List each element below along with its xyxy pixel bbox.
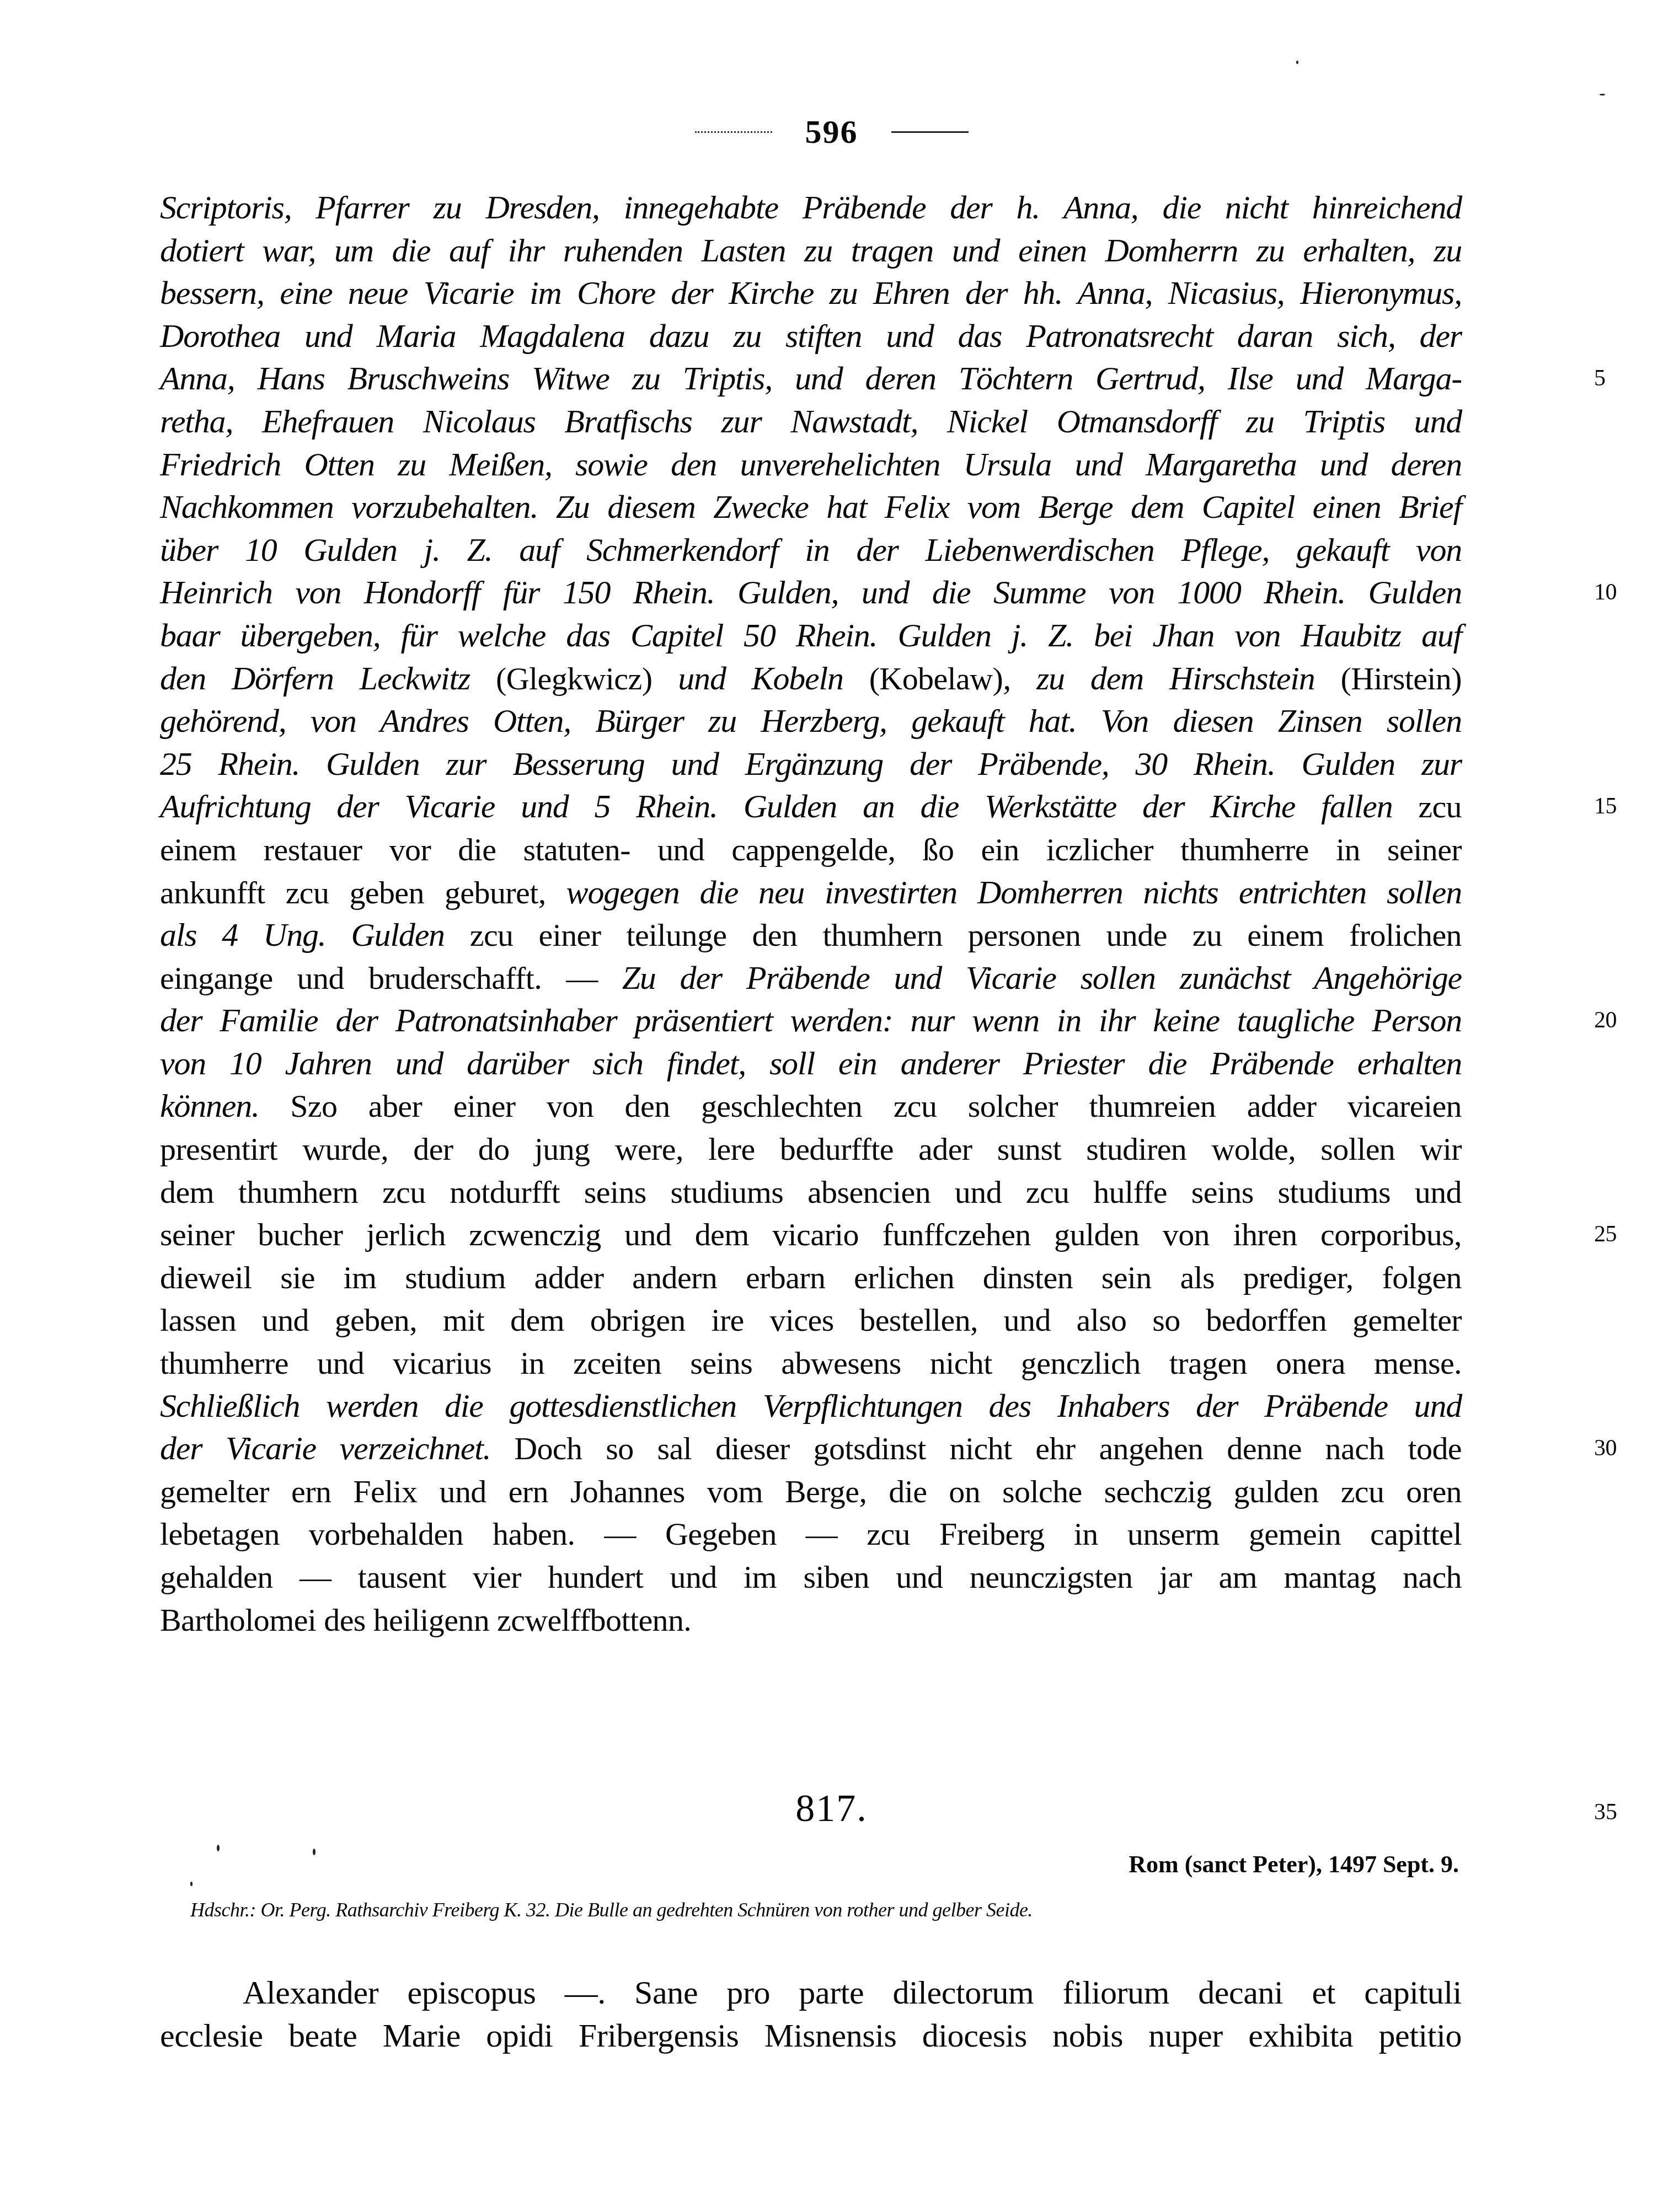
text-line: ankunfft zcu geben geburet, wogegen die … [160, 871, 1462, 914]
quoted-source-text: eingange und bruderschafft. — [160, 960, 622, 996]
quoted-source-text: presentirt wurde, der do jung were, lere… [160, 1131, 1462, 1167]
document-place-date: Rom (sanct Peter), 1497 Sept. 9. [1129, 1850, 1459, 1878]
regest-text: Nachkommen vorzubehalten. Zu diesem Zwec… [160, 489, 1462, 525]
document-number: 817. [0, 1787, 1663, 1831]
text-line: eingange und bruderschafft. — Zu der Prä… [160, 957, 1462, 1000]
line-number: 30 [1594, 1427, 1638, 1470]
regest-text: bessern, eine neue Vicarie im Chore der … [160, 275, 1462, 311]
quoted-source-text: dieweil sie im studium adder andern erba… [160, 1260, 1462, 1295]
body-text: Scriptoris, Pfarrer zu Dresden, innegeha… [160, 186, 1462, 1641]
regest-text: und Kobeln [652, 660, 869, 697]
text-line: thumherre und vicarius in zceiten seins … [160, 1342, 1462, 1385]
text-line: seiner bucher jerlich zcwenczig und dem … [160, 1213, 1462, 1256]
page-number: 596 [805, 113, 858, 151]
regest-text: Anna, Hans Bruschweins Witwe zu Triptis,… [160, 360, 1462, 397]
quoted-source-text: Szo aber einer von den geschlechten zcu … [290, 1088, 1462, 1124]
header-rule-left [695, 131, 772, 133]
regest-text: den Dörfern Leckwitz [160, 660, 496, 697]
quoted-source-text: seiner bucher jerlich zcwenczig und dem … [160, 1217, 1462, 1252]
source-note: Hdschr.: Or. Perg. Rathsarchiv Freiberg … [190, 1898, 1459, 1921]
text-line: ecclesie beate Marie opidi Fribergensis … [160, 2015, 1462, 2058]
scan-speck [313, 1849, 316, 1855]
text-line: lebetagen vorbehalden haben. — Gegeben —… [160, 1513, 1462, 1556]
document-text: Alexander episcopus —. Sane pro parte di… [160, 1972, 1462, 2057]
quoted-source-text: ankunfft zcu geben geburet, [160, 875, 566, 910]
regest-text: der Familie der Patronatsinhaber präsent… [160, 1002, 1462, 1038]
regest-text: Dorothea und Maria Magdalena dazu zu sti… [160, 318, 1462, 354]
text-line: Aufrichtung der Vicarie und 5 Rhein. Gul… [160, 785, 1462, 828]
scan-speck [1296, 61, 1298, 64]
scan-speck [217, 1845, 220, 1851]
quoted-source-text: gehalden — tausent vier hundert und im s… [160, 1559, 1462, 1595]
regest-text: , zu dem Hirschstein [1003, 660, 1340, 697]
quoted-source-text: thumherre und vicarius in zceiten seins … [160, 1345, 1462, 1381]
quoted-source-text: dem thumhern zcu notdurfft seins studium… [160, 1174, 1462, 1210]
regest-text: baar übergeben, für welche das Capitel 5… [160, 617, 1462, 654]
text-line: Anna, Hans Bruschweins Witwe zu Triptis,… [160, 357, 1462, 400]
text-line: dotiert war, um die auf ihr ruhenden Las… [160, 229, 1462, 272]
text-line: bessern, eine neue Vicarie im Chore der … [160, 272, 1462, 315]
quoted-source-text: zcu [1418, 789, 1462, 824]
regest-text: Schließlich werden die gottesdienstliche… [160, 1388, 1462, 1424]
text-line: über 10 Gulden j. Z. auf Schmerkendorf i… [160, 529, 1462, 572]
line-number: 5 [1594, 357, 1638, 400]
quoted-source-text: (Kobelaw) [869, 661, 1003, 697]
regest-text: Zu der Präbende und Vicarie sollen zunäc… [622, 960, 1462, 996]
regest-text: der Vicarie verzeichnet. [160, 1430, 514, 1466]
regest-text: 25 Rhein. Gulden zur Besserung und Ergän… [160, 746, 1462, 782]
line-number: 10 [1594, 571, 1638, 614]
text-line: retha, Ehefrauen Nicolaus Bratfischs zur… [160, 400, 1462, 443]
text-line: lassen und geben, mit dem obrigen ire vi… [160, 1299, 1462, 1342]
line-number: 25 [1594, 1213, 1638, 1256]
scan-speck [1600, 94, 1605, 95]
text-line: presentirt wurde, der do jung were, lere… [160, 1128, 1462, 1171]
scan-speck [190, 1882, 192, 1886]
regest-text: Scriptoris, Pfarrer zu Dresden, innegeha… [160, 189, 1462, 226]
quoted-source-text: (Hirstein) [1341, 661, 1462, 697]
text-line: Dorothea und Maria Magdalena dazu zu sti… [160, 315, 1462, 358]
regest-text: Aufrichtung der Vicarie und 5 Rhein. Gul… [160, 788, 1418, 824]
line-number: 35 [1594, 1799, 1638, 1825]
text-line: von 10 Jahren und darüber sich findet, s… [160, 1042, 1462, 1085]
text-line: den Dörfern Leckwitz (Glegkwicz) und Kob… [160, 657, 1462, 700]
quoted-source-text: einem restauer vor die statuten- und cap… [160, 832, 1462, 867]
quoted-source-text: zcu einer teilunge den thumhern personen… [470, 917, 1462, 953]
regest-text: dotiert war, um die auf ihr ruhenden Las… [160, 232, 1462, 269]
text-line: Friedrich Otten zu Meißen, sowie den unv… [160, 443, 1462, 486]
regest-text: Friedrich Otten zu Meißen, sowie den unv… [160, 446, 1462, 483]
quoted-source-text: lebetagen vorbehalden haben. — Gegeben —… [160, 1516, 1462, 1552]
text-line: können. Szo aber einer von den geschlech… [160, 1085, 1462, 1128]
text-line: als 4 Ung. Gulden zcu einer teilunge den… [160, 914, 1462, 957]
text-line: Heinrich von Hondorff für 150 Rhein. Gul… [160, 571, 1462, 614]
text-line: dem thumhern zcu notdurfft seins studium… [160, 1171, 1462, 1214]
regest-text: von 10 Jahren und darüber sich findet, s… [160, 1045, 1462, 1081]
text-line: Nachkommen vorzubehalten. Zu diesem Zwec… [160, 486, 1462, 529]
text-line: gehörend, von Andres Otten, Bürger zu He… [160, 700, 1462, 743]
quoted-source-text: Doch so sal dieser gotsdinst nicht ehr a… [514, 1431, 1462, 1466]
text-line: Scriptoris, Pfarrer zu Dresden, innegeha… [160, 186, 1462, 229]
text-line: Alexander episcopus —. Sane pro parte di… [160, 1972, 1462, 2015]
text-line: baar übergeben, für welche das Capitel 5… [160, 614, 1462, 657]
regest-text: wogegen die neu investirten Domherren ni… [566, 874, 1462, 910]
text-line: Schließlich werden die gottesdienstliche… [160, 1385, 1462, 1428]
header-rule-right [891, 131, 969, 133]
line-number: 15 [1594, 785, 1638, 828]
text-line: der Vicarie verzeichnet. Doch so sal die… [160, 1427, 1462, 1470]
text-line: Bartholomei des heiligenn zcwelffbottenn… [160, 1599, 1462, 1642]
text-line: dieweil sie im studium adder andern erba… [160, 1256, 1462, 1299]
quoted-source-text: (Glegkwicz) [496, 661, 652, 697]
quoted-source-text: lassen und geben, mit dem obrigen ire vi… [160, 1302, 1462, 1338]
regest-text: Heinrich von Hondorff für 150 Rhein. Gul… [160, 574, 1462, 610]
regest-text: gehörend, von Andres Otten, Bürger zu He… [160, 703, 1462, 739]
line-number: 20 [1594, 999, 1638, 1042]
text-line: gehalden — tausent vier hundert und im s… [160, 1556, 1462, 1599]
running-header: 596 [0, 113, 1663, 151]
quoted-source-text: gemelter ern Felix und ern Johannes vom … [160, 1474, 1462, 1509]
text-line: 25 Rhein. Gulden zur Besserung und Ergän… [160, 743, 1462, 786]
regest-text: retha, Ehefrauen Nicolaus Bratfischs zur… [160, 403, 1462, 440]
quoted-source-text: Bartholomei des heiligenn zcwelffbottenn… [160, 1602, 691, 1638]
text-line: der Familie der Patronatsinhaber präsent… [160, 999, 1462, 1042]
regest-text: über 10 Gulden j. Z. auf Schmerkendorf i… [160, 532, 1462, 568]
text-line: gemelter ern Felix und ern Johannes vom … [160, 1470, 1462, 1513]
regest-text: können. [160, 1088, 290, 1124]
regest-text: als 4 Ung. Gulden [160, 917, 470, 953]
text-line: einem restauer vor die statuten- und cap… [160, 828, 1462, 871]
